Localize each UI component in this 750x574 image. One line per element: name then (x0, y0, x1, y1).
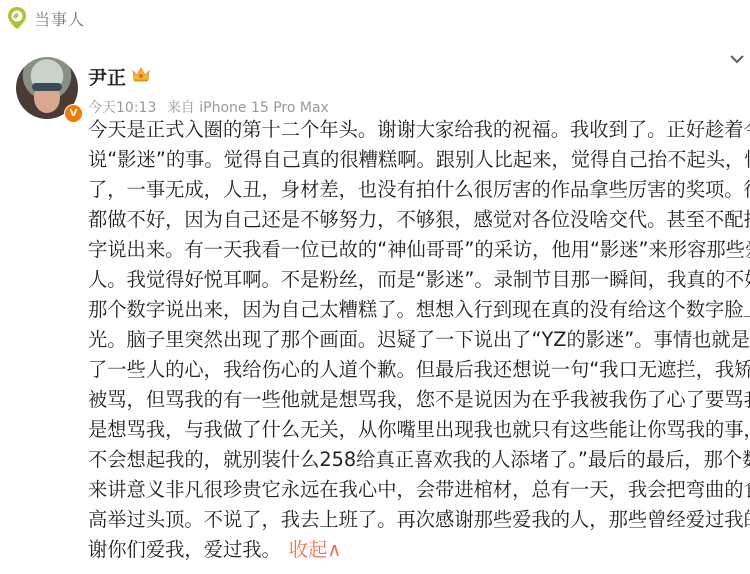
avatar[interactable]: V (16, 57, 78, 119)
content-line: 人。我觉得好悦耳啊。不是粉丝，而是“影迷”。录制节目那一瞬间，我真的不好意思把 (88, 265, 738, 295)
content-line: 光。脑子里突然出现了那个画面。迟疑了一下说出了“YZ的影迷”。事情也就是这样。伤 (88, 325, 738, 355)
content-line-text: 谢你们爱我，爱过我。 (88, 538, 281, 561)
content-line: 是想骂我，与我做了什么无关，从你嘴里出现我也就只有这些能让你骂我的事，平时你 (88, 415, 738, 445)
topic-header: 当事人 (0, 0, 750, 36)
content-line: 被骂，但骂我的有一些他就是想骂我，您不是说因为在乎我被我伤了心了要骂我，您只 (88, 385, 738, 415)
content-line: 来讲意义非凡很珍贵它永远在我心中，会带进棺材，总有一天，我会把弯曲的食指再次 (88, 475, 738, 505)
topic-label: 当事人 (34, 7, 85, 30)
content-line: 字说出来。有一天我看一位已故的“神仙哥哥”的采访，他用“影迷”来形容那些爱自己的 (88, 235, 738, 265)
verified-badge-icon: V (64, 104, 83, 123)
author-name[interactable]: 尹正 (88, 63, 126, 90)
chevron-down-icon[interactable] (729, 53, 745, 65)
crown-icon (131, 65, 151, 83)
content-line: 高举过头顶。不说了，我去上班了。再次感谢那些爱我的人，那些曾经爱过我的人。感 (88, 505, 738, 535)
content-line: 说“影迷”的事。觉得自己真的很糟糕啊。跟别人比起来，觉得自己抬不起头，快四十 (88, 145, 738, 175)
content-line: 今天是正式入圈的第十二个年头。谢谢大家给我的祝福。我收到了。正好趁着今天说 (88, 115, 738, 145)
avatar-mask (32, 83, 62, 91)
content-line: 那个数字说出来，因为自己太糟糕了。想想入行到现在真的没有给这个数字脸上争什么 (88, 295, 738, 325)
content-line: 都做不好，因为自己还是不够努力，不够狠，感觉对各位没啥交代。甚至不配把那个数 (88, 205, 738, 235)
content-line-last: 谢你们爱我，爱过我。收起∧ (88, 535, 738, 565)
content-line: 不会想起我的，就别装什么258给真正喜欢我的人添堵了。”最后的最后，那个数字对我 (88, 445, 738, 475)
collapse-link[interactable]: 收起∧ (289, 538, 342, 561)
post-time[interactable]: 今天10:13 (88, 100, 156, 116)
content-line: 了一些人的心，我给伤心的人道个歉。但最后我还想说一句“我口无遮拦，我矫情，活该 (88, 355, 738, 385)
post-source: 来自 iPhone 15 Pro Max (167, 100, 329, 116)
post-content: 今天是正式入圈的第十二个年头。谢谢大家给我的祝福。我收到了。正好趁着今天说 说“… (88, 115, 738, 565)
content-line: 了，一事无成，人丑，身材差，也没有拍什么很厉害的作品拿些厉害的奖项。很多事情 (88, 175, 738, 205)
post-meta: 今天10:13 来自 iPhone 15 Pro Max (88, 97, 335, 117)
location-pin-icon (6, 6, 28, 30)
